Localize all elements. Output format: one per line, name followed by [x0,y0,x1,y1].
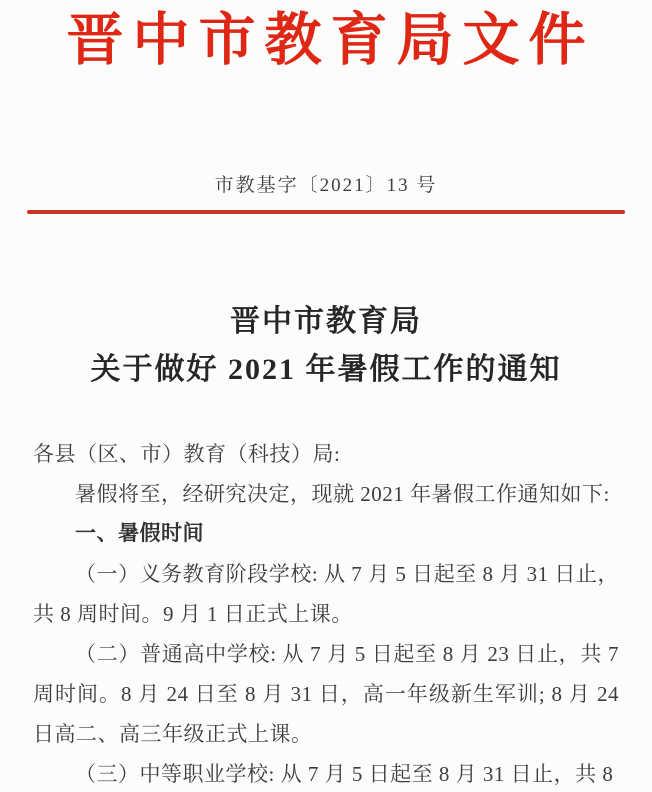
red-divider-line [27,210,625,214]
document-title-line-2: 关于做好 2021 年暑假工作的通知 [0,346,652,394]
intro-paragraph: 暑假将至，经研究决定，现就 2021 年暑假工作通知如下: [33,474,619,514]
document-body: 各县（区、市）教育（科技）局: 暑假将至，经研究决定，现就 2021 年暑假工作… [33,434,619,792]
paragraph-item-compulsory-education: （一）义务教育阶段学校: 从 7 月 5 日起至 8 月 31 日止，共 8 周… [33,554,619,634]
document-title-line-1: 晋中市教育局 [0,298,652,346]
agency-header-title: 晋中市教育局文件 [0,0,652,76]
document-page: 晋中市教育局文件 市教基字〔2021〕13 号 晋中市教育局 关于做好 2021… [0,0,652,792]
document-number: 市教基字〔2021〕13 号 [0,174,652,198]
document-title: 晋中市教育局 关于做好 2021 年暑假工作的通知 [0,298,652,394]
paragraph-item-vocational-school: （三）中等职业学校: 从 7 月 5 日起至 8 月 31 日止，共 8 [33,754,619,792]
paragraph-item-regular-high-school: （二）普通高中学校: 从 7 月 5 日起至 8 月 23 日止，共 7 周时间… [33,634,619,754]
salutation-line: 各县（区、市）教育（科技）局: [33,434,619,474]
section-heading-summer-vacation-time: 一、暑假时间 [33,514,619,554]
